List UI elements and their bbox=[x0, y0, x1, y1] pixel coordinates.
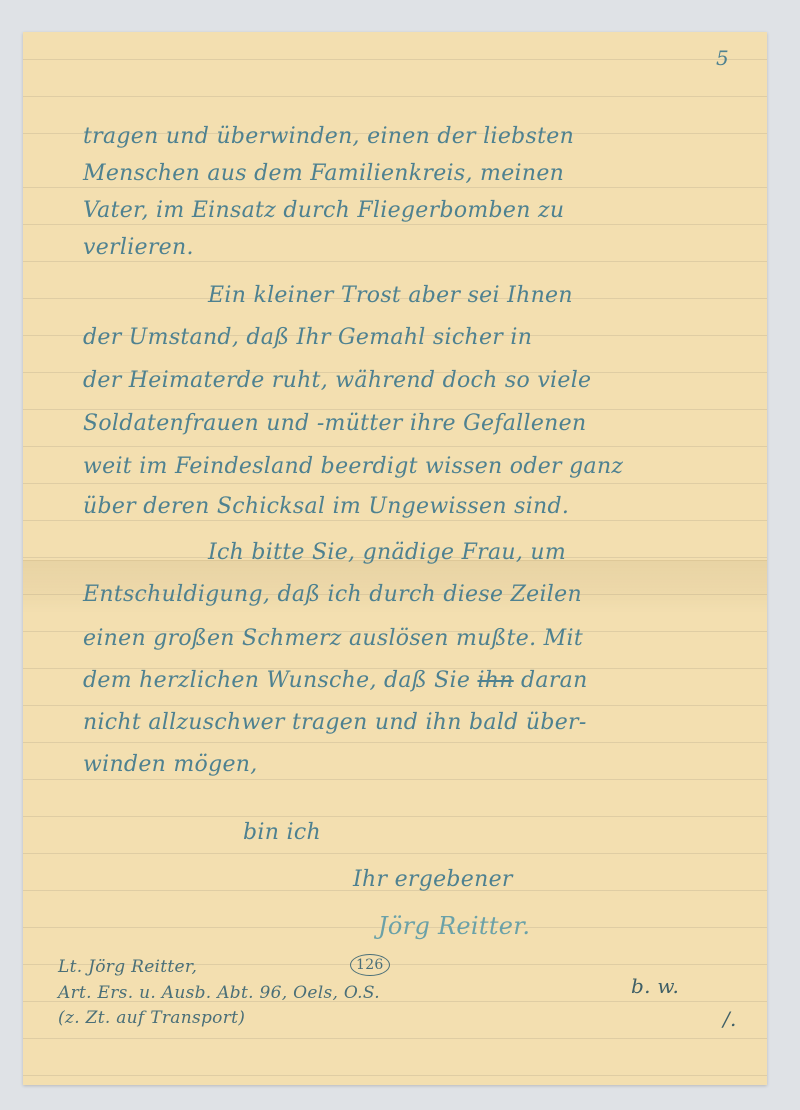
body-line-12: Entschuldigung, daß ich durch diese Zeil… bbox=[83, 582, 582, 607]
page-number: 5 bbox=[716, 46, 729, 70]
body-line-16: winden mögen, bbox=[83, 752, 258, 777]
body-line-8: Soldatenfrauen und -mütter ihre Gefallen… bbox=[83, 411, 586, 436]
body-line-9: weit im Feindesland beerdigt wissen oder… bbox=[83, 454, 623, 479]
signature: Jörg Reitter. bbox=[378, 912, 530, 940]
body-line-4: verlieren. bbox=[83, 235, 194, 260]
circled-number-text: 126 bbox=[350, 954, 390, 976]
body-line-5: Ein kleiner Trost aber sei Ihnen bbox=[208, 283, 573, 308]
turn-over-mark: /. bbox=[723, 1007, 737, 1031]
sender-line-3: (z. Zt. auf Transport) bbox=[58, 1008, 245, 1028]
body-line-7: der Heimaterde ruht, während doch so vie… bbox=[83, 368, 591, 393]
closing-line-1: bin ich bbox=[243, 820, 321, 845]
body-line-14: dem herzlichen Wunsche, daß Sie ihn dara… bbox=[83, 668, 588, 693]
body-line-11: Ich bitte Sie, gnädige Frau, um bbox=[208, 540, 566, 565]
body-line-1: tragen und überwinden, einen der liebste… bbox=[83, 124, 574, 149]
body-line-3: Vater, im Einsatz durch Fliegerbomben zu bbox=[83, 198, 564, 223]
body-line-2: Menschen aus dem Familienkreis, meinen bbox=[83, 161, 564, 186]
sender-line-2: Art. Ers. u. Ausb. Abt. 96, Oels, O.S. bbox=[58, 983, 380, 1003]
body-line-10: über deren Schicksal im Ungewissen sind. bbox=[83, 494, 569, 519]
sender-line-1: Lt. Jörg Reitter, bbox=[58, 957, 197, 977]
closing-line-2: Ihr ergebener bbox=[353, 867, 513, 892]
circled-number: 126 bbox=[350, 954, 390, 976]
body-line-14-end: daran bbox=[521, 668, 588, 693]
body-line-15: nicht allzuschwer tragen und ihn bald üb… bbox=[83, 710, 587, 735]
body-line-14-text: dem herzlichen Wunsche, daß Sie bbox=[83, 668, 470, 693]
body-line-13: einen großen Schmerz auslösen mußte. Mit bbox=[83, 626, 583, 651]
body-line-6: der Umstand, daß Ihr Gemahl sicher in bbox=[83, 325, 532, 350]
struck-word: ihn bbox=[477, 668, 513, 693]
turn-over-note: b. w. bbox=[631, 974, 679, 998]
letter-page: 5 tragen und überwinden, einen der liebs… bbox=[23, 32, 767, 1085]
